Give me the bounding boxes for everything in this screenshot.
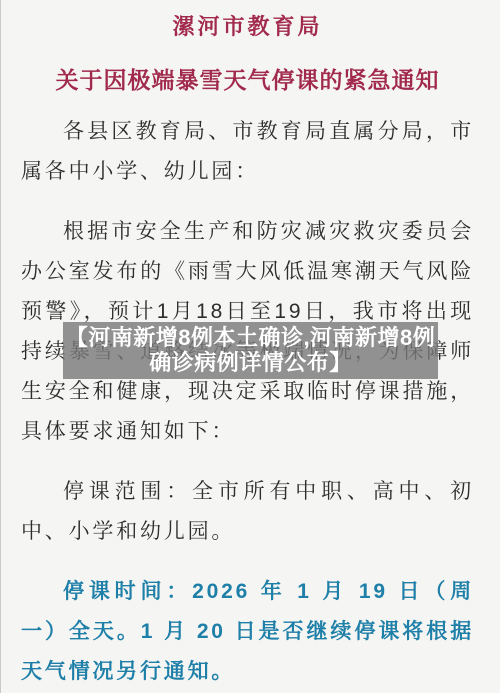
news-headline-line: 确诊病例详情公布】	[65, 350, 436, 375]
salutation-paragraph: 各县区教育局、市教育局直属分局，市属各中小学、幼儿园：	[21, 112, 474, 192]
document-subtitle: 关于因极端暴雪天气停课的紧急通知	[21, 65, 474, 95]
news-headline-line: 【河南新增8例本土确诊,河南新增8例	[65, 325, 436, 350]
body-paragraph-suspension-scope: 停课范围：全市所有中职、高中、初中、小学和幼儿园。	[21, 472, 474, 552]
document-body: 各县区教育局、市教育局直属分局，市属各中小学、幼儿园： 根据市安全生产和防灾减灾…	[21, 112, 474, 692]
suspension-time-paragraph: 停课时间：2026 年 1 月 19 日（周一）全天。1 月 20 日是否继续停…	[21, 572, 474, 692]
news-headline-banner: 【河南新增8例本土确诊,河南新增8例 确诊病例详情公布】	[63, 322, 438, 379]
document-title: 漯河市教育局	[21, 13, 474, 41]
notice-document: 漯河市教育局 关于因极端暴雪天气停课的紧急通知 各县区教育局、市教育局直属分局，…	[0, 0, 500, 693]
